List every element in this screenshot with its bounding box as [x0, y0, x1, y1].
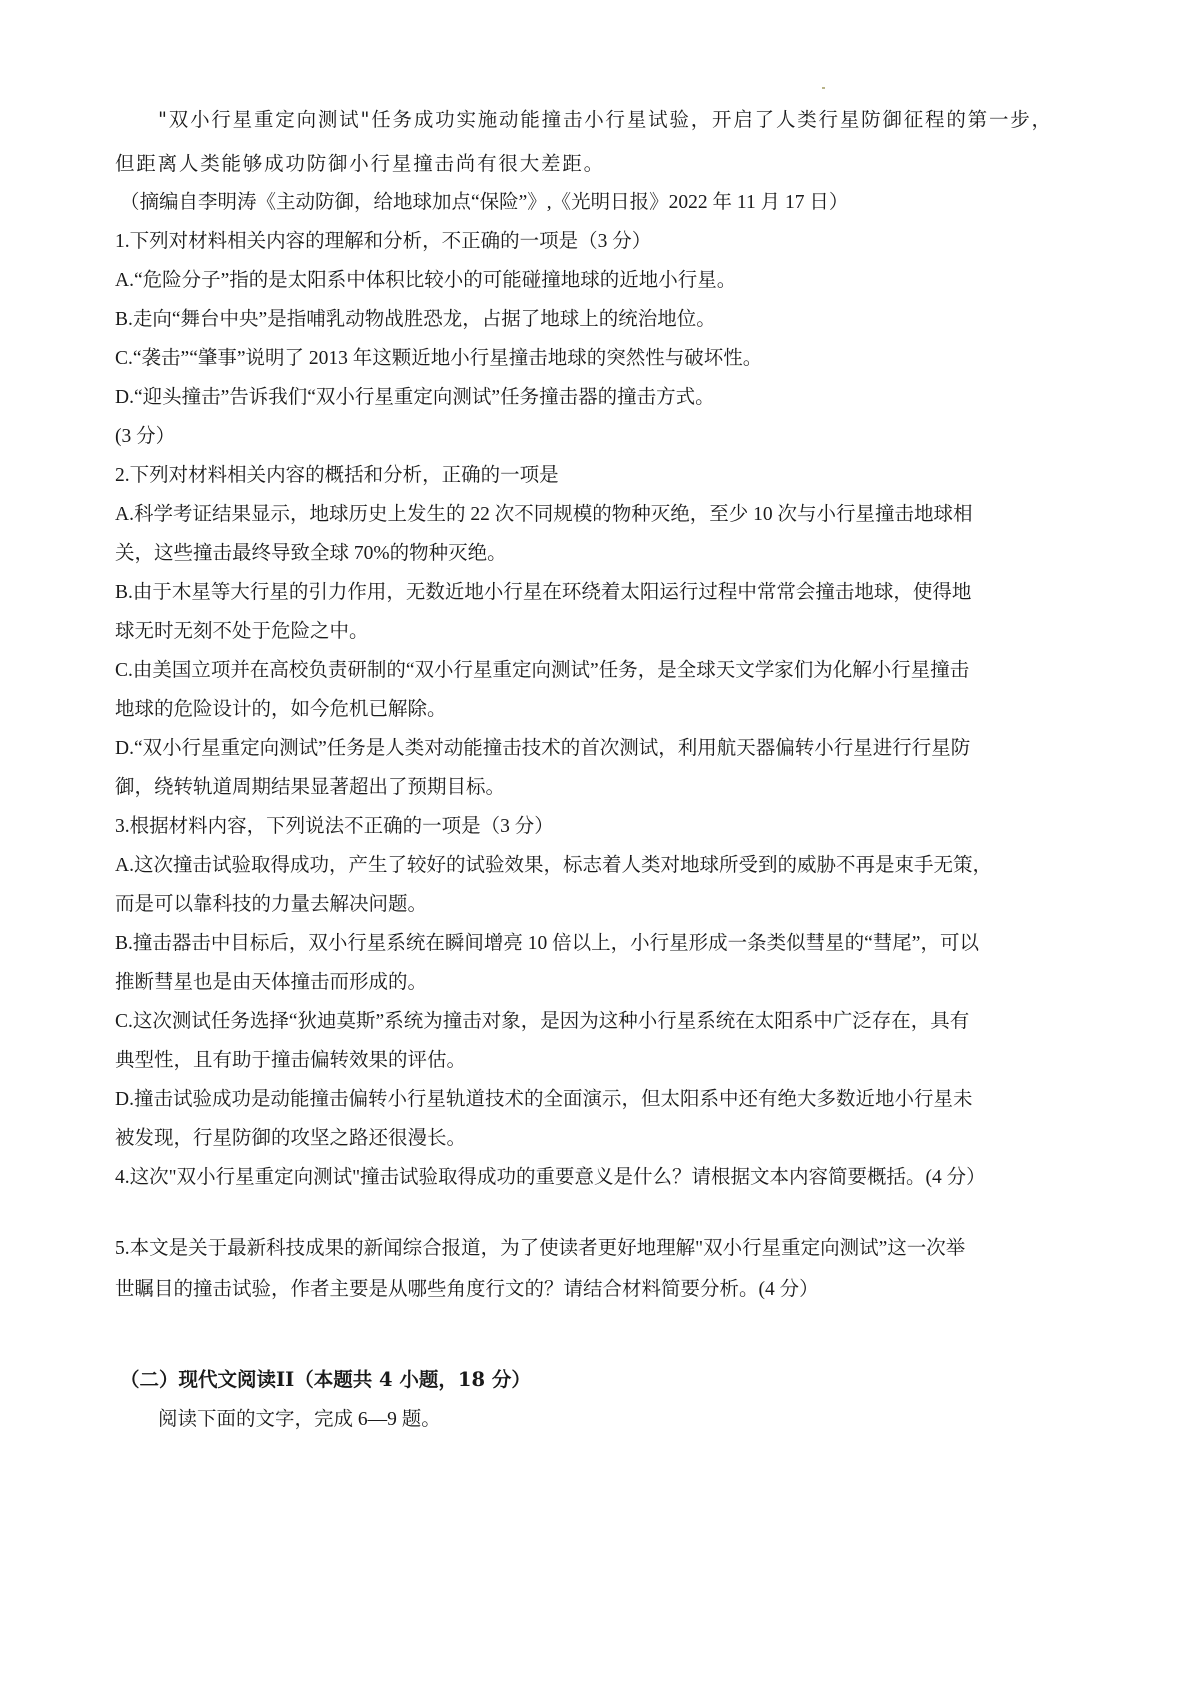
question-5-stem-line-1: 5.本文是关于最新科技成果的新闻综合报道，为了使读者更好地理解"双小行星重定向测…	[115, 1235, 1095, 1263]
question-3-option-c-line-2: 典型性，且有助于撞击偏转效果的评估。	[115, 1047, 1095, 1075]
intro-paragraph-line-2: 但距离人类能够成功防御小行星撞击尚有很大差距。	[115, 150, 1095, 178]
question-2-option-a-line-1: A.科学考证结果显示，地球历史上发生的 22 次不同规模的物种灭绝，至少 10 …	[115, 501, 1095, 529]
question-4-stem: 4.这次"双小行星重定向测试"撞击试验取得成功的重要意义是什么？请根据文本内容简…	[115, 1164, 1095, 1192]
question-3-option-b-line-2: 推断彗星也是由天体撞击而形成的。	[115, 969, 1095, 997]
question-3-option-c-line-1: C.这次测试任务选择“狄迪莫斯”系统为撞击对象，是因为这种小行星系统在太阳系中广…	[115, 1008, 1095, 1036]
question-2-option-b-line-1: B.由于木星等大行星的引力作用，无数近地小行星在环绕着太阳运行过程中常常会撞击地…	[115, 579, 1095, 607]
question-2-option-d-line-1: D.“双小行星重定向测试”任务是人类对动能撞击技术的首次测试，利用航天器偏转小行…	[115, 735, 1095, 763]
question-3-option-b-line-1: B.撞击器击中目标后，双小行星系统在瞬间增亮 10 倍以上，小行星形成一条类似彗…	[115, 930, 1095, 958]
question-1-option-b: B.走向“舞台中央”是指哺乳动物战胜恐龙，占据了地球上的统治地位。	[115, 306, 1095, 334]
question-5-stem-line-2: 世瞩目的撞击试验，作者主要是从哪些角度行文的？请结合材料简要分析。(4 分）	[115, 1276, 1095, 1304]
question-3-option-d-line-1: D.撞击试验成功是动能撞击偏转小行星轨道技术的全面演示，但太阳系中还有绝大多数近…	[115, 1086, 1095, 1114]
question-3-option-a-line-1: A.这次撞击试验取得成功，产生了较好的试验效果，标志着人类对地球所受到的威胁不再…	[115, 852, 1095, 880]
section-heading: （二）现代文阅读II（本题共 4 小题，18 分）	[120, 1366, 1100, 1394]
question-2-option-d-line-2: 御，绕转轨道周期结果显著超出了预期目标。	[115, 774, 1095, 802]
source-citation: （摘编自李明涛《主动防御，给地球加点“保险”》,《光明日报》2022 年 11 …	[120, 189, 1100, 217]
question-2-score: (3 分）	[115, 423, 1095, 451]
question-2-stem: 2.下列对材料相关内容的概括和分析，正确的一项是	[115, 462, 1095, 490]
question-2-option-c-line-1: C.由美国立项并在高校负责研制的“双小行星重定向测试”任务，是全球天文学家们为化…	[115, 657, 1095, 685]
scan-artifact	[822, 87, 825, 89]
question-1-option-a: A.“危险分子”指的是太阳系中体积比较小的可能碰撞地球的近地小行星。	[115, 267, 1095, 295]
question-3-option-a-line-2: 而是可以靠科技的力量去解决问题。	[115, 891, 1095, 919]
question-2-option-b-line-2: 球无时无刻不处于危险之中。	[115, 618, 1095, 646]
section-instruction: 阅读下面的文字，完成 6—9 题。	[158, 1406, 1138, 1434]
question-1-option-c: C.“袭击”“肇事”说明了 2013 年这颗近地小行星撞击地球的突然性与破坏性。	[115, 345, 1095, 373]
question-3-stem: 3.根据材料内容，下列说法不正确的一项是（3 分）	[115, 813, 1095, 841]
question-3-option-d-line-2: 被发现，行星防御的攻坚之路还很漫长。	[115, 1125, 1095, 1153]
question-1-option-d: D.“迎头撞击”告诉我们“双小行星重定向测试”任务撞击器的撞击方式。	[115, 384, 1095, 412]
intro-paragraph-line-1: "双小行星重定向测试"任务成功实施动能撞击小行星试验，开启了人类行星防御征程的第…	[158, 106, 1138, 134]
question-1-stem: 1.下列对材料相关内容的理解和分析，不正确的一项是（3 分）	[115, 228, 1095, 256]
question-2-option-c-line-2: 地球的危险设计的，如今危机已解除。	[115, 696, 1095, 724]
question-2-option-a-line-2: 关，这些撞击最终导致全球 70%的物种灭绝。	[115, 540, 1095, 568]
exam-page: "双小行星重定向测试"任务成功实施动能撞击小行星试验，开启了人类行星防御征程的第…	[0, 0, 1200, 1698]
